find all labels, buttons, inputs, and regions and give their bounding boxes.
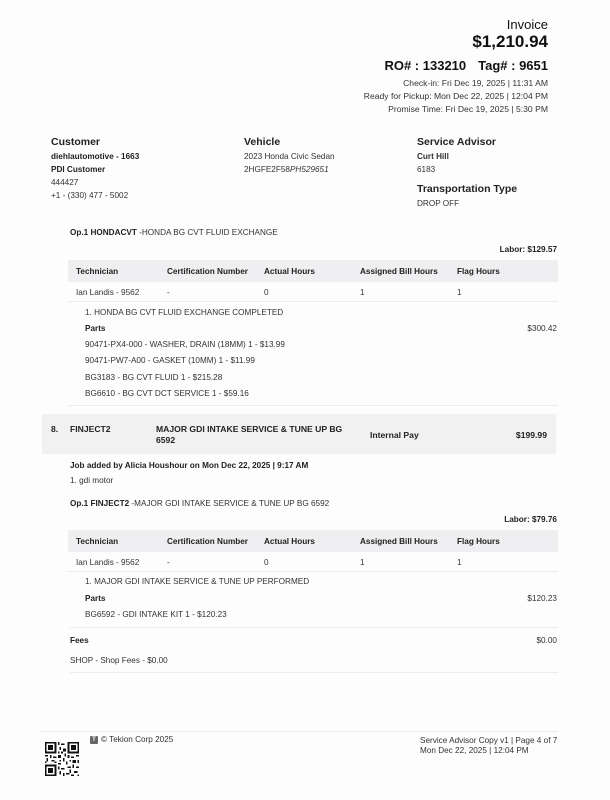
job7-tech-table: Technician Certification Number Actual H… [68,260,558,302]
assigned-bill-hours-cell: 1 [360,558,457,567]
job8-code: FINJECT2 [70,424,111,434]
copyright-text: © Tekion Corp 2025 [101,735,173,744]
certification-cell: - [167,288,264,297]
job8-pay-type: Internal Pay [370,430,419,440]
job8-number: 8. [51,424,58,434]
job8-title: MAJOR GDI INTAKE SERVICE & TUNE UP BG 65… [156,424,342,446]
transport-heading: Transportation Type [417,183,517,195]
assigned-bill-hours-cell: 1 [360,288,457,297]
printed-time: Mon Dec 22, 2025 | 12:04 PM [420,746,557,756]
divider [70,627,558,628]
ready-for-pickup-time: Ready for Pickup: Mon Dec 22, 2025 | 12:… [364,91,548,101]
part-item: 90471-PX4-000 - WASHER, DRAIN (18MM) 1 -… [85,340,285,349]
col-assigned-bill-hours: Assigned Bill Hours [360,537,457,546]
footer-copyright: T © Tekion Corp 2025 [90,735,173,744]
vin-prefix: 2HGFE2F58 [244,165,290,174]
invoice-total: $1,210.94 [472,32,548,52]
divider [70,672,558,673]
col-actual-hours: Actual Hours [264,267,360,276]
flag-hours-cell: 1 [457,558,517,567]
vehicle-section: Vehicle 2023 Honda Civic Sedan 2HGFE2F58… [244,136,335,176]
advisor-section: Service Advisor Curt Hill 6183 Transport… [417,136,517,210]
table-row: Ian Landis - 9562 - 0 1 1 [68,282,558,302]
vin-suffix: PH529651 [290,165,329,174]
advisor-id: 6183 [417,163,517,176]
job8-op-desc: -MAJOR GDI INTAKE SERVICE & TUNE UP BG 6… [129,499,329,508]
fees-total: $0.00 [537,636,558,645]
promise-time: Promise Time: Fri Dec 19, 2025 | 5:30 PM [388,104,548,114]
actual-hours-cell: 0 [264,288,360,297]
transport-value: DROP OFF [417,197,517,210]
tech-table-header: Technician Certification Number Actual H… [68,530,558,552]
divider [68,301,558,302]
part-item: BG3183 - BG CVT FLUID 1 - $215.28 [85,373,222,382]
copy-page-info: Service Advisor Copy v1 | Page 4 of 7 [420,736,557,746]
job8-tech-table: Technician Certification Number Actual H… [68,530,558,572]
customer-section: Customer diehlautomotive - 1663 PDI Cust… [51,136,139,202]
job8-header-band: 8. FINJECT2 MAJOR GDI INTAKE SERVICE & T… [42,414,556,454]
divider [68,405,558,406]
col-actual-hours: Actual Hours [264,537,360,546]
customer-id: 444427 [51,176,139,189]
col-flag-hours: Flag Hours [457,267,517,276]
job8-op-code: Op.1 FINJECT2 [70,499,129,508]
part-item: BG6610 - BG CVT DCT SERVICE 1 - $59.16 [85,389,249,398]
job7-parts-label: Parts [85,324,105,333]
col-certification: Certification Number [167,267,264,276]
col-assigned-bill-hours: Assigned Bill Hours [360,267,457,276]
document-title: Invoice [507,17,548,32]
vehicle-vin: 2HGFE2F58PH529651 [244,163,335,176]
tekion-logo-icon: T [90,736,98,744]
col-technician: Technician [68,267,167,276]
job8-op-line: Op.1 FINJECT2 -MAJOR GDI INTAKE SERVICE … [70,499,329,508]
part-item: 90471-PW7-A00 - GASKET (10MM) 1 - $11.99 [85,356,255,365]
tag-number: Tag# : 9651 [478,58,548,73]
advisor-name: Curt Hill [417,150,517,163]
ro-tag-line: RO# : 133210Tag# : 9651 [384,58,548,73]
fees-label: Fees [70,636,89,645]
ro-number: RO# : 133210 [384,58,466,73]
col-certification: Certification Number [167,537,264,546]
technician-cell: Ian Landis - 9562 [68,558,167,567]
table-row: Ian Landis - 9562 - 0 1 1 [68,552,558,572]
job7-story: 1. HONDA BG CVT FLUID EXCHANGE COMPLETED [85,308,283,317]
job8-amount: $199.99 [516,430,547,440]
part-item: BG6592 - GDI INTAKE KIT 1 - $120.23 [85,610,227,619]
certification-cell: - [167,558,264,567]
footer-page-info: Service Advisor Copy v1 | Page 4 of 7 Mo… [420,736,557,756]
col-technician: Technician [68,537,167,546]
job7-op-code: Op.1 HONDACVT [70,228,137,237]
divider [68,571,558,572]
advisor-heading: Service Advisor [417,136,517,148]
job7-labor: Labor: $129.57 [500,245,557,254]
job8-parts-total: $120.23 [527,594,557,603]
checkin-time: Check-in: Fri Dec 19, 2025 | 11:31 AM [403,78,548,88]
actual-hours-cell: 0 [264,558,360,567]
job7-parts-total: $300.42 [527,324,557,333]
customer-type: PDI Customer [51,163,139,176]
vehicle-heading: Vehicle [244,136,335,148]
vehicle-model: 2023 Honda Civic Sedan [244,150,335,163]
tech-table-header: Technician Certification Number Actual H… [68,260,558,282]
job7-op-line: Op.1 HONDACVT -HONDA BG CVT FLUID EXCHAN… [70,228,278,237]
qr-code-icon [45,742,79,776]
customer-name: diehlautomotive - 1663 [51,150,139,163]
job8-story: 1. MAJOR GDI INTAKE SERVICE & TUNE UP PE… [85,577,309,586]
fee-item: SHOP - Shop Fees - $0.00 [70,656,168,665]
job8-parts-label: Parts [85,594,105,603]
job8-added-by: Job added by Alicia Houshour on Mon Dec … [70,461,308,470]
footer-divider [40,731,558,732]
col-flag-hours: Flag Hours [457,537,517,546]
job8-concern: 1. gdi motor [70,476,113,485]
technician-cell: Ian Landis - 9562 [68,288,167,297]
flag-hours-cell: 1 [457,288,517,297]
customer-phone: +1 - (330) 477 - 5002 [51,189,139,202]
job7-op-desc: -HONDA BG CVT FLUID EXCHANGE [137,228,278,237]
job8-title-line1: MAJOR GDI INTAKE SERVICE & TUNE UP BG [156,424,342,435]
customer-heading: Customer [51,136,139,148]
job8-labor: Labor: $79.76 [504,515,557,524]
job8-title-line2: 6592 [156,435,342,446]
